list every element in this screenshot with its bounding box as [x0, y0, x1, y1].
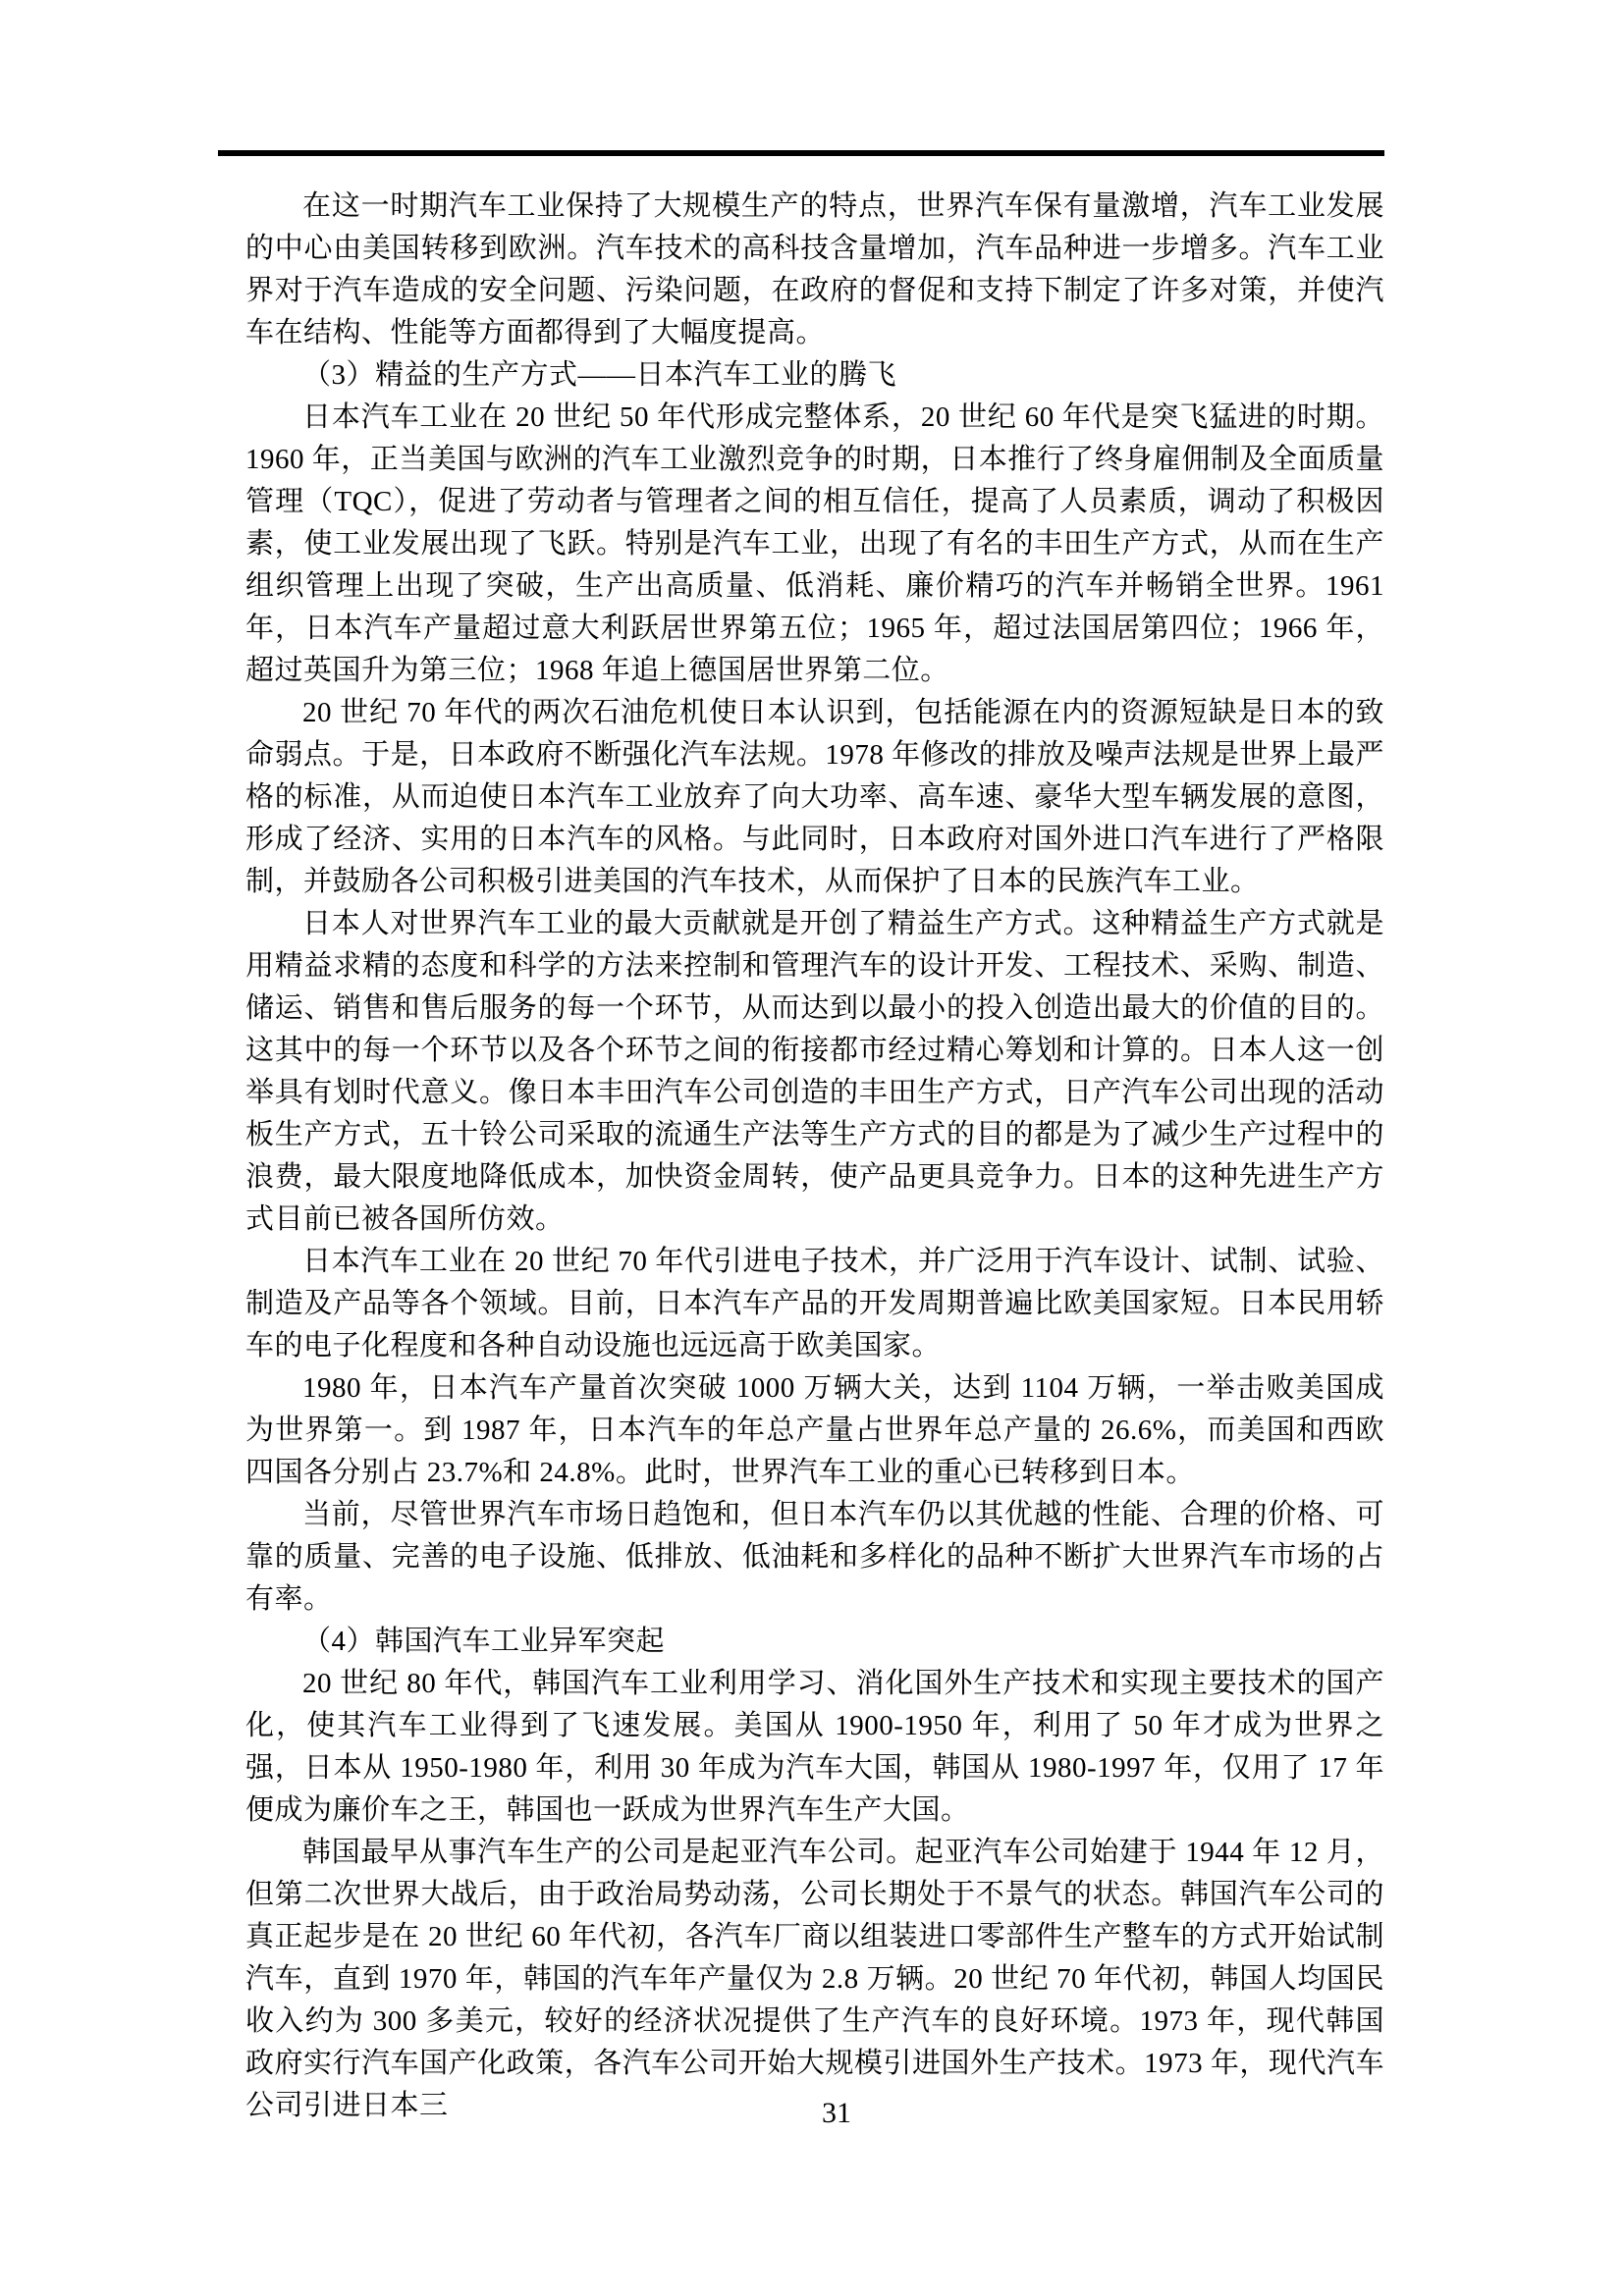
paragraph: 韩国最早从事汽车生产的公司是起亚汽车公司。起亚汽车公司始建于 1944 年 12… [245, 1832, 1384, 2127]
document-page: 在这一时期汽车工业保持了大规模生产的特点，世界汽车保有量激增，汽车工业发展的中心… [0, 0, 1624, 2296]
paragraph: 当前，尽管世界汽车市场日趋饱和，但日本汽车仍以其优越的性能、合理的价格、可靠的质… [245, 1494, 1384, 1621]
paragraph: 日本汽车工业在 20 世纪 70 年代引进电子技术，并广泛用于汽车设计、试制、试… [245, 1241, 1384, 1367]
section-heading: （4）韩国汽车工业异军突起 [245, 1621, 1384, 1663]
paragraph: 日本汽车工业在 20 世纪 50 年代形成完整体系，20 世纪 60 年代是突飞… [245, 397, 1384, 692]
paragraph: 1980 年，日本汽车产量首次突破 1000 万辆大关，达到 1104 万辆，一… [245, 1367, 1384, 1494]
paragraph: 20 世纪 80 年代，韩国汽车工业利用学习、消化国外生产技术和实现主要技术的国… [245, 1663, 1384, 1832]
paragraph: 在这一时期汽车工业保持了大规模生产的特点，世界汽车保有量激增，汽车工业发展的中心… [245, 186, 1384, 354]
header-rule [218, 150, 1384, 156]
paragraph: 20 世纪 70 年代的两次石油危机使日本认识到，包括能源在内的资源短缺是日本的… [245, 692, 1384, 903]
section-heading: （3）精益的生产方式——日本汽车工业的腾飞 [245, 354, 1384, 397]
body-text: 在这一时期汽车工业保持了大规模生产的特点，世界汽车保有量激增，汽车工业发展的中心… [245, 186, 1384, 2127]
paragraph: 日本人对世界汽车工业的最大贡献就是开创了精益生产方式。这种精益生产方式就是用精益… [245, 903, 1384, 1241]
page-number: 31 [0, 2097, 1624, 2130]
